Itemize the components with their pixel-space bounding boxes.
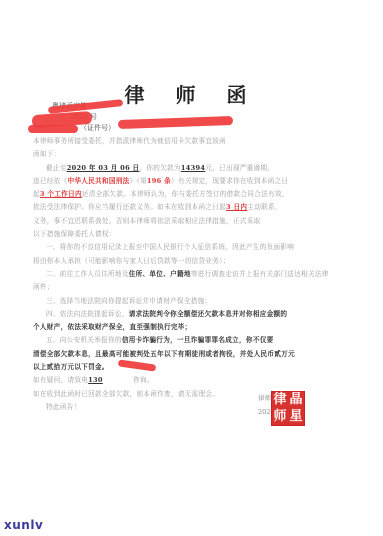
body-line: 依法受法律保护。你应当履行还款义务。如未在收到本函之日起3 日内主动联系， [33,201,358,214]
text: 元，已出现严重逾期。 [205,164,274,172]
body-line: 本律师事务所接受委托，并指派律师代为就信用卡欠款事宜致函 [33,135,358,148]
deadline-days: 3 个工作日内 [40,190,82,198]
body-line: 以下措施保障委托人债权： [33,228,358,241]
body-line: 义务，事不宜迟联系我处。否则本律师将依法采取相应法律措施，正式采取 [33,215,358,228]
text: 截止至 [46,164,67,172]
seal-char: 律 [272,392,288,409]
measure-5-cont: 清偿全部欠款本息，且最高可能被判处五年以下有期徒刑或者拘役，并处人民币贰万元 [33,348,358,361]
text: 四、依法向法院提起诉讼， [46,310,129,318]
contact-phone: 130 [88,376,103,384]
measure-5-cont: 以上贰拾万元以下罚金。 [33,361,358,374]
body-line: 函如下： [33,148,358,161]
overdue-date: 2020 年 03 月 06 日 [67,164,140,172]
seal-char: 晶 [288,392,304,409]
measure-4-cont: 个人财产，依法采取财产保全，直至强制执行完毕； [33,321,358,334]
body-line: 截止至2020 年 03 月 06 日，你的欠款为14394元，已出现严重逾期。 [33,162,358,175]
measure-1: 一、将你的不良信用记录上报至中国人民银行个人征信系统，因此产生的负面影响 [33,241,358,254]
text: 还清全部欠款。本律师认为，你与委托方签订的借款合同合法有效， [82,190,289,198]
text: 依法受法律保护。你应当履行还款义务。如未在收到本函之日起 [33,203,226,211]
id-number-label: （证件号） [80,124,115,133]
text: 如有疑问，请致电 [33,376,88,384]
redaction-mark [118,116,233,129]
body-line: 起3 个工作日内还清全部欠款。本律师认为，你与委托方签订的借款合同合法有效， [33,188,358,201]
lawyer-letter-page: 律 师 函 粤律函字第 2020 号 （证件号） 本律师事务所接受委托，并指派律… [0,0,383,536]
law-name: 中华人民共和国刑法 [67,177,129,185]
text: 等进行调查走访并上报有关部门送达相关法律 [191,270,329,278]
court-request: 请求法院判令你全额偿还欠款本息并对你相应金额的 [129,310,288,318]
measure-3: 三、选择当地法院向你提起诉讼并申请财产保全措施； [33,295,358,308]
text: 咨询。 [133,376,154,384]
deadline-days-2: 3 日内 [226,203,247,211]
site-watermark: xunlv [4,518,43,532]
measure-1-cont: 将由你本人承担（可能影响你与家人日后贷款等一切信贷业务）； [33,255,358,268]
seal-char: 星 [288,409,304,426]
measure-4: 四、依法向法院提起诉讼，请求法院判令你全额偿还欠款本息并对你相应金额的 [33,308,358,321]
text: 二、前往工作人员住所地及 [46,270,129,278]
overdue-amount: 14394 [181,164,205,172]
text: 违已经依《 [33,177,67,185]
law-article: 196 条 [147,177,171,185]
text: ）有关规定，现要求你在收到本函之日 [171,177,288,185]
measure-2: 二、前往工作人员住所地及住所、单位、户籍地等进行调查走访并上报有关部门送达相关法… [33,268,358,281]
letter-body: 本律师事务所接受委托，并指派律师代为就信用卡欠款事宜致函 函如下： 截止至202… [33,135,358,414]
redaction-mark [28,125,78,133]
text: 五、向公安机关举报你的 [46,336,122,344]
seal-char: 师 [272,409,288,426]
measure-5: 五、向公安机关举报你的信用卡诈骗行为，一旦诈骗罪罪名成立，你不仅要 [33,334,358,347]
closing-salutation: 特此函告！ [33,401,358,414]
text: 主动联系， [247,203,281,211]
text: 起 [33,190,40,198]
contact-line: 如有疑问，请致电130咨询。 [33,374,358,387]
text: 》（第 [130,177,147,185]
body-line: 违已经依《中华人民共和国刑法》（第196 条）有关规定，现要求你在收到本函之日 [33,175,358,188]
measure-2-cont: 函件； [33,281,358,294]
text: ，你的欠款为 [139,164,180,172]
visit-locations: 住所、单位、户籍地 [129,270,191,278]
official-seal-stamp: 律 晶 师 星 [271,391,305,426]
closing-line: 如在收到此函时已回款全部欠款，则本函作废，请无需理会。 [33,388,358,401]
fraud-warning: 信用卡诈骗行为，一旦诈骗罪罪名成立，你不仅要 [122,336,274,344]
